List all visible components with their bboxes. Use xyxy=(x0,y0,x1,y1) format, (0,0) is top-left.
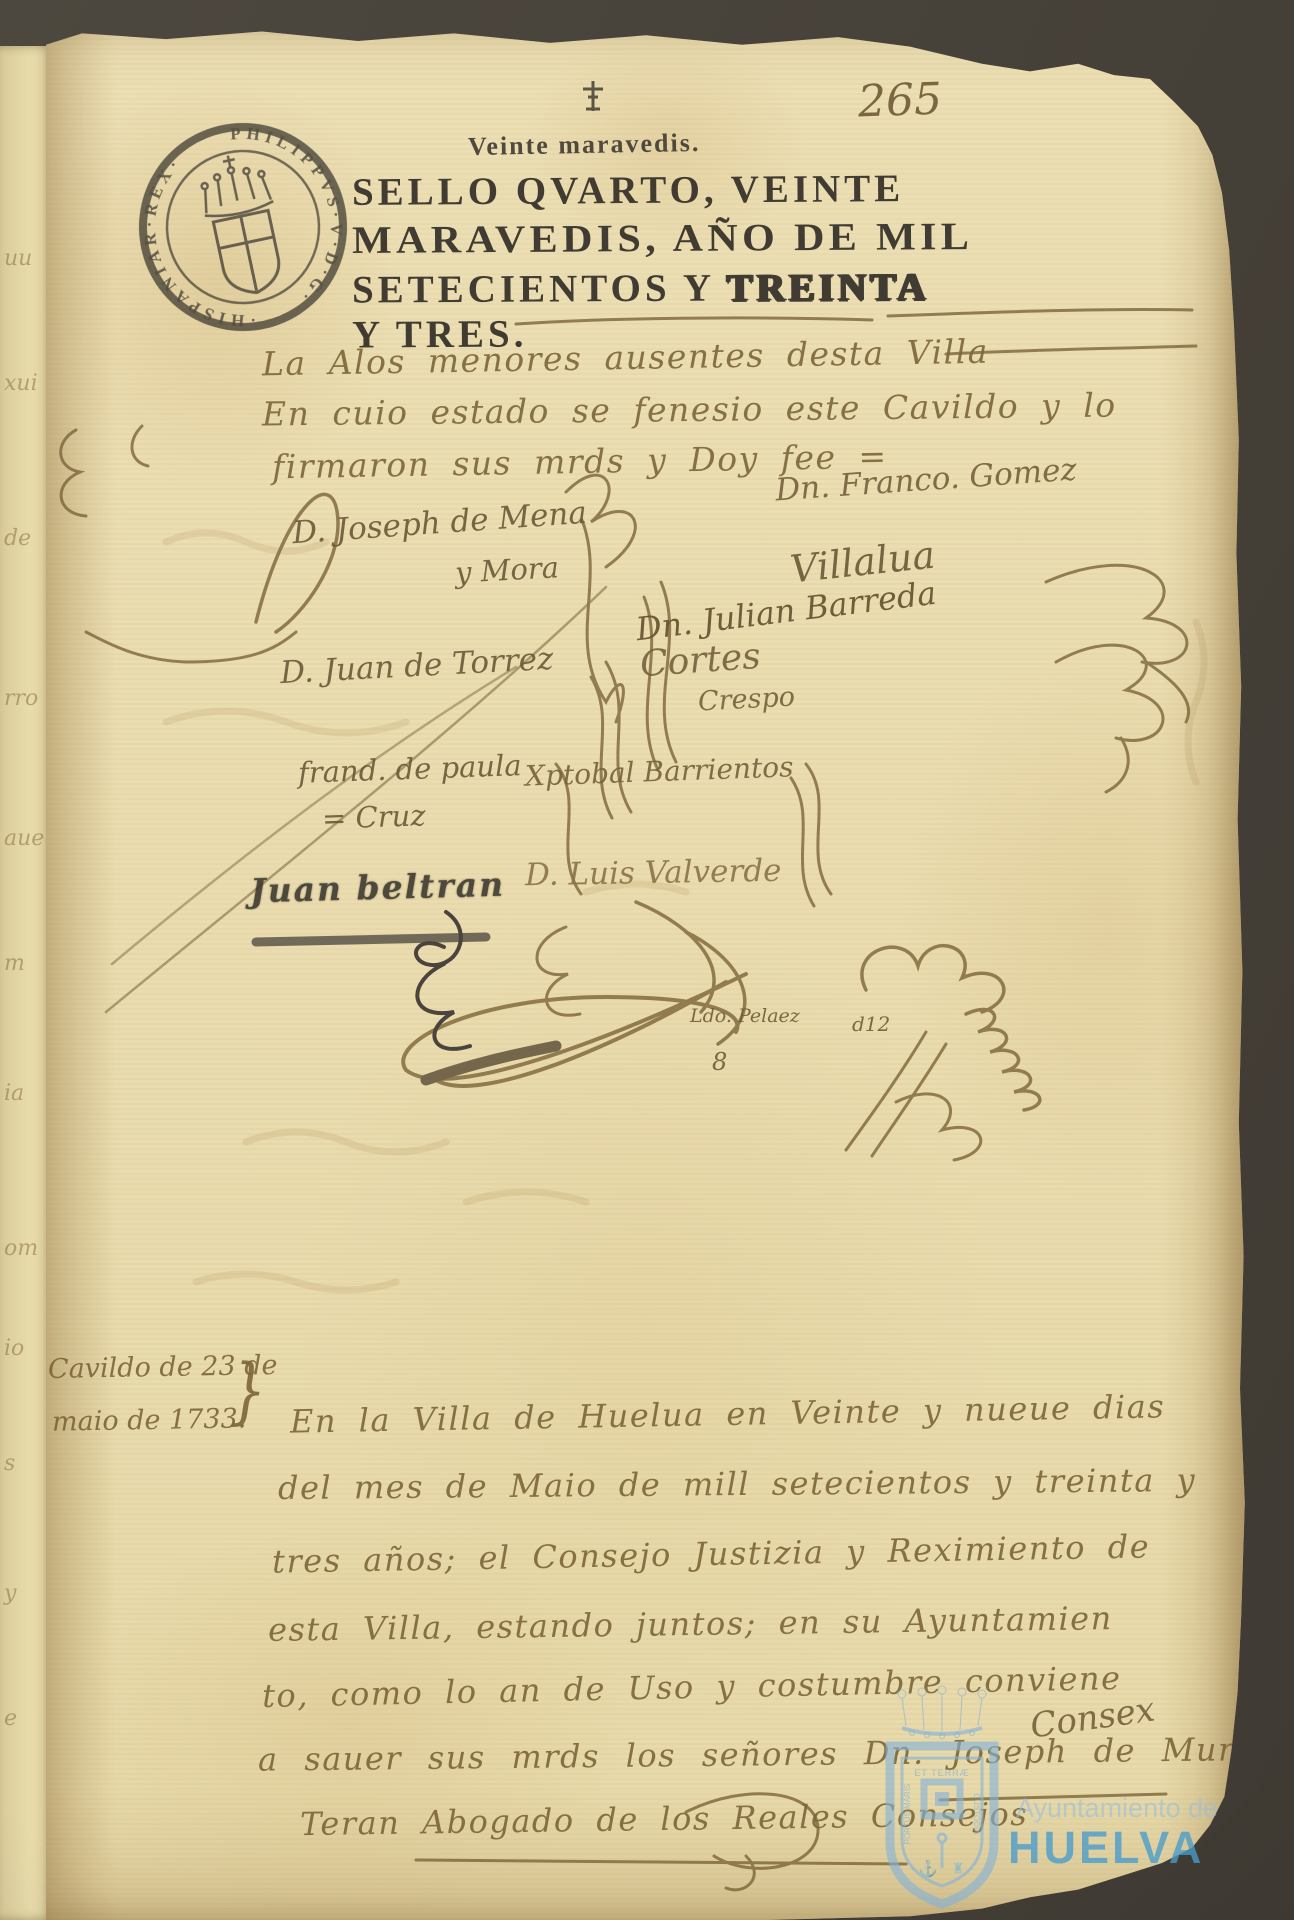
body-line-3: tres años; el Consejo Justizia y Reximie… xyxy=(272,1527,1151,1580)
seal-crown-icon xyxy=(194,148,275,220)
sello-line-3: SETECIENTOS Y TREINTA xyxy=(352,264,930,312)
signature-joseph-mena: D. Joseph de Mena xyxy=(291,495,588,551)
signature-paula: frand. de paula xyxy=(297,748,522,790)
signature-beltran: Juan beltran xyxy=(250,865,506,911)
rule-after-y-tres xyxy=(516,318,872,324)
body-line-4: esta Villa, estando juntos; en su Ayunta… xyxy=(268,1599,1113,1649)
villalua-rubric xyxy=(1046,565,1187,663)
annotation-eight: 8 xyxy=(712,1048,727,1076)
bleed-fragment: xui xyxy=(4,371,38,396)
seal-shield-icon xyxy=(213,210,284,298)
bleed-fragment: de xyxy=(4,526,31,551)
bleed-fragment: ia xyxy=(4,1081,24,1106)
body-line-7: Teran Abogado de los Reales Consejos xyxy=(300,1795,1029,1843)
signature-barreda: Dn. Julian Barreda xyxy=(634,574,938,649)
sello-line-3a: SETECIENTOS Y xyxy=(352,267,727,312)
opening-line-2: En cuio estado se fenesio este Cavildo y… xyxy=(262,386,1117,434)
tax-line: Veinte maravedis. xyxy=(468,128,701,162)
margin-note-line-2: maio de 1733. xyxy=(52,1403,247,1437)
annotation-d12: d12 xyxy=(852,1012,890,1036)
bleed-fragment: y xyxy=(4,1581,16,1606)
valverde-flourish xyxy=(636,902,714,1012)
bleed-fragment: m xyxy=(4,951,25,976)
margin-curl xyxy=(61,430,86,516)
body-line-6: a sauer sus mrds los señores Dn. Joseph … xyxy=(258,1729,1294,1778)
signature-cruz: = Cruz xyxy=(321,798,426,836)
photo-backdrop: uu xui de rro aue m ia om io s y e xyxy=(0,0,1294,1920)
royal-seal-stamp: PHILIPPVS·V·D·G· ·HISPANIAR·REX· xyxy=(107,91,380,364)
bleed-fragment: uu xyxy=(4,246,32,271)
margin-brace: } xyxy=(230,1348,267,1432)
bleed-fragment: e xyxy=(4,1706,17,1731)
pen-flourishes xyxy=(61,309,1196,1889)
signature-barrientos: Xptobal Barrientos xyxy=(525,750,795,792)
folio-number: 265 xyxy=(857,74,943,128)
signature-cortes: Cortes xyxy=(639,636,762,685)
signature-valverde: D. Luis Valverde xyxy=(525,853,782,893)
cross-ornament-icon xyxy=(578,78,608,116)
bleed-fragment: aue xyxy=(4,826,44,851)
beltran-rubric-dark xyxy=(256,912,486,1049)
body-line-2: del mes de Maio de mill setecientos y tr… xyxy=(278,1461,1196,1507)
beltran-smudge xyxy=(256,937,486,942)
sello-line-3b: TREINTA xyxy=(727,265,930,309)
barreda-rubric xyxy=(1056,645,1163,740)
signature-torrez: D. Juan de Torrez xyxy=(279,641,554,691)
bleed-fragment: rro xyxy=(4,686,38,711)
bleed-fragment: io xyxy=(4,1336,24,1361)
barrientos-paraph xyxy=(806,764,831,894)
previous-page-edge: uu xui de rro aue m ia om io s y e xyxy=(0,46,54,1920)
annotation-ldo-pelaez: Ldo. Pelaez xyxy=(690,1005,800,1027)
closing-rule xyxy=(416,1860,906,1864)
signature-y-mora: y Mora xyxy=(454,550,560,589)
heavy-ink-stroke xyxy=(426,1046,556,1080)
body-line-5: to, como lo an de Uso y costumbre convie… xyxy=(262,1659,1122,1715)
bleed-fragment: s xyxy=(4,1451,15,1476)
body-line-1: En la Villa de Huelua en Veinte y nueue … xyxy=(290,1387,1166,1440)
signature-crespo: Crespo xyxy=(697,681,795,717)
bleed-fragment: om xyxy=(4,1236,38,1261)
document-page: 265 Veinte maravedis. SELLO QVARTO, VEIN… xyxy=(46,22,1246,1920)
sello-line-2: MARAVEDIS, AÑO DE MIL xyxy=(352,214,974,263)
coil-rubric xyxy=(966,1009,1040,1110)
sello-line-1: SELLO QVARTO, VEINTE xyxy=(352,166,905,215)
